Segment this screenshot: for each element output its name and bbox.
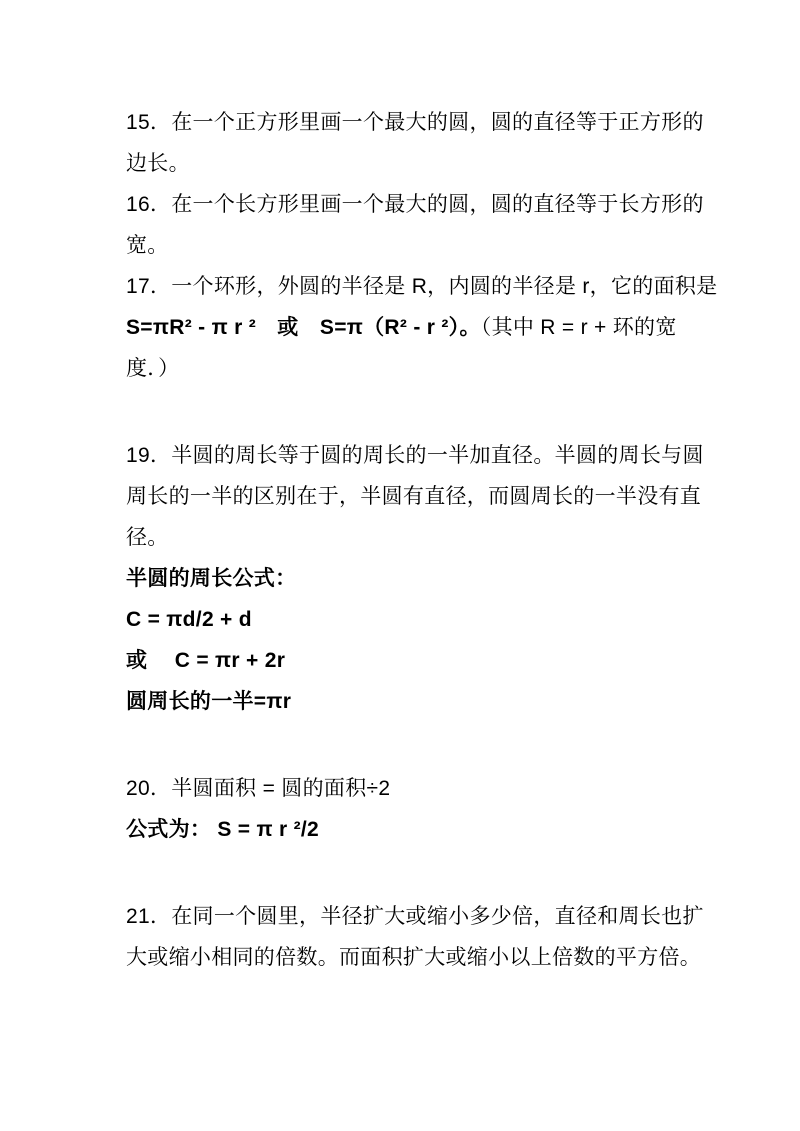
doc-line-semicircle-formula-1: C = πd/2 + d [126, 599, 682, 640]
text-run: 20．半圆面积 = 圆的面积÷2 [126, 777, 390, 800]
document-page: 15．在一个正方形里画一个最大的圆，圆的直径等于正方形的 边长。 16．在一个长… [0, 0, 800, 1131]
text-run: 边长。 [126, 152, 190, 175]
doc-line-semicircle-formula-2: 或 C = πr + 2r [126, 640, 682, 681]
doc-line-item19-1: 19．半圆的周长等于圆的周长的一半加直径。半圆的周长与圆 [126, 435, 682, 476]
text-run: 度．） [126, 357, 179, 380]
doc-line-semicircle-formula-title: 半圆的周长公式： [126, 558, 682, 599]
doc-line-item15-2: 边长。 [126, 143, 682, 184]
doc-line-item17-formula: S=πR² - π r ² 或 S=π（R² - r ²）。（其中 R = r … [126, 307, 682, 348]
text-run: 17．一个环形，外圆的半径是 R，内圆的半径是 r，它的面积是 [126, 275, 717, 298]
text-run: 大或缩小相同的倍数。而面积扩大或缩小以上倍数的平方倍。 [126, 946, 701, 969]
doc-line-item20-formula: 公式为： S = π r ²/2 [126, 809, 682, 850]
doc-line-item19-2: 周长的一半的区别在于，半圆有直径，而圆周长的一半没有直 [126, 476, 682, 517]
formula-run-half-circumference: 圆周长的一半=πr [126, 690, 291, 713]
doc-line-half-circumference: 圆周长的一半=πr [126, 681, 682, 722]
doc-line-item16-1: 16．在一个长方形里画一个最大的圆，圆的直径等于长方形的 [126, 184, 682, 225]
text-run: 15．在一个正方形里画一个最大的圆，圆的直径等于正方形的 [126, 111, 704, 134]
formula-run-semicircle-area: 公式为： S = π r ²/2 [126, 818, 319, 841]
text-run: （其中 R = r + 环的宽 [481, 316, 677, 339]
text-run: 16．在一个长方形里画一个最大的圆，圆的直径等于长方形的 [126, 193, 704, 216]
doc-line-item20: 20．半圆面积 = 圆的面积÷2 [126, 768, 682, 809]
heading-run: 半圆的周长公式： [126, 567, 296, 590]
text-run: 径。 [126, 526, 169, 549]
doc-line-item16-2: 宽。 [126, 225, 682, 266]
blank-line [126, 389, 682, 435]
doc-line-item15-1: 15．在一个正方形里画一个最大的圆，圆的直径等于正方形的 [126, 102, 682, 143]
formula-run-c-pir: 或 C = πr + 2r [126, 649, 285, 672]
doc-line-item17-1: 17．一个环形，外圆的半径是 R，内圆的半径是 r，它的面积是 [126, 266, 682, 307]
text-run: 19．半圆的周长等于圆的周长的一半加直径。半圆的周长与圆 [126, 444, 704, 467]
doc-line-item19-3: 径。 [126, 517, 682, 558]
text-run: 周长的一半的区别在于，半圆有直径，而圆周长的一半没有直 [126, 485, 701, 508]
blank-line [126, 722, 682, 768]
text-run: 21．在同一个圆里，半径扩大或缩小多少倍，直径和周长也扩 [126, 905, 704, 928]
formula-run-ring-area: S=πR² - π r ² 或 S=π（R² - r ²）。 [126, 316, 481, 339]
doc-line-item17-3: 度．） [126, 348, 682, 389]
formula-run-c-pid: C = πd/2 + d [126, 608, 252, 631]
doc-line-item21-2: 大或缩小相同的倍数。而面积扩大或缩小以上倍数的平方倍。 [126, 937, 682, 978]
text-run: 宽。 [126, 234, 169, 257]
blank-line [126, 850, 682, 896]
doc-line-item21-1: 21．在同一个圆里，半径扩大或缩小多少倍，直径和周长也扩 [126, 896, 682, 937]
